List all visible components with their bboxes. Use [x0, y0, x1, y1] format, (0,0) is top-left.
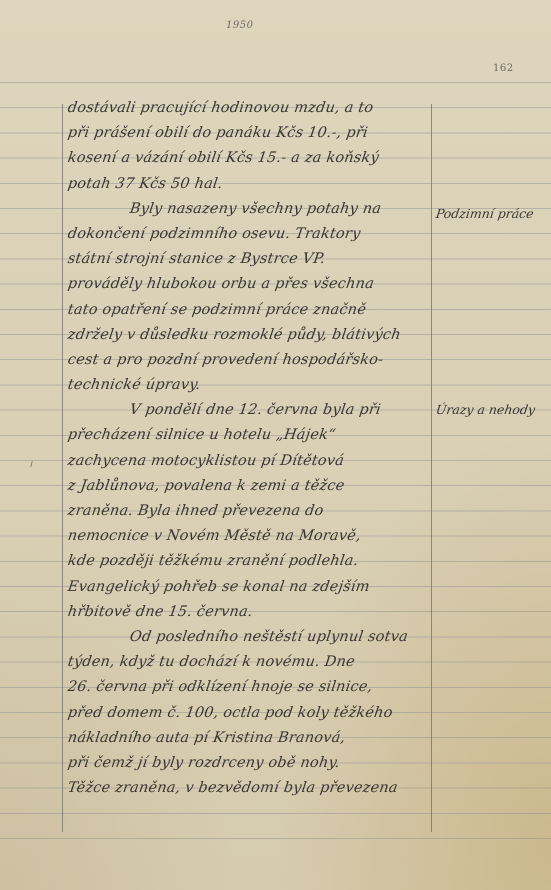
- left-margin-line: [62, 104, 63, 832]
- text-line: z Jablůnova, povalena k zemi a těžce: [66, 474, 434, 499]
- paragraph-start-line: Od posledního neštěstí uplynul sotva: [66, 625, 434, 650]
- text-line: Těžce zraněna, v bezvědomí byla převezen…: [66, 776, 434, 801]
- handwritten-body: dostávali pracující hodinovou mzdu, a to…: [66, 96, 430, 801]
- text-line: tato opatření se podzimní práce značně: [66, 298, 434, 323]
- text-line: cest a pro pozdní provedení hospodářsko-: [66, 348, 434, 373]
- text-line: potah 37 Kčs 50 hal.: [66, 172, 434, 197]
- chronicle-page: 1950 162 dostávali pracující hodinovou m…: [0, 0, 551, 890]
- text-line: kosení a vázání obilí Kčs 15.- a za koňs…: [66, 146, 434, 171]
- paragraph-start-line: V pondělí dne 12. června byla při: [66, 398, 434, 423]
- margin-note-accidents: Úrazy a nehody: [435, 402, 536, 417]
- year-heading: 1950: [226, 20, 253, 31]
- text-line: nákladního auta pí Kristina Branová,: [66, 726, 434, 751]
- text-line: technické úpravy.: [66, 373, 434, 398]
- text-line: 26. června při odklízení hnoje se silnic…: [66, 675, 434, 700]
- text-line: při prášení obilí do panáku Kčs 10.-, př…: [66, 121, 434, 146]
- text-line: před domem č. 100, octla pod koly těžkéh…: [66, 701, 434, 726]
- text-line: hřbitově dne 15. června.: [66, 600, 434, 625]
- text-line: dokončení podzimního osevu. Traktory: [66, 222, 434, 247]
- text-line: zraněna. Byla ihned převezena do: [66, 499, 434, 524]
- text-line: Evangelický pohřeb se konal na zdejším: [66, 575, 434, 600]
- text-line: státní strojní stanice z Bystrce VP.: [66, 247, 434, 272]
- text-line: při čemž jí byly rozdrceny obě nohy.: [66, 751, 434, 776]
- text-line: zdržely v důsledku rozmoklé půdy, blátiv…: [66, 323, 434, 348]
- text-line: dostávali pracující hodinovou mzdu, a to: [66, 96, 434, 121]
- margin-note-autumn-work: Podzimní práce: [435, 206, 535, 221]
- text-line: týden, když tu dochází k novému. Dne: [66, 650, 434, 675]
- text-line: přecházení silnice u hotelu „Hájek“: [66, 423, 434, 448]
- text-line: zachycena motocyklistou pí Dítětová: [66, 449, 434, 474]
- text-line: kde později těžkému zranění podlehla.: [66, 549, 434, 574]
- page-number: 162: [493, 63, 514, 74]
- text-line: nemocnice v Novém Městě na Moravě,: [66, 524, 434, 549]
- text-line: prováděly hlubokou orbu a přes všechna: [66, 272, 434, 297]
- paragraph-start-line: Byly nasazeny všechny potahy na: [66, 197, 434, 222]
